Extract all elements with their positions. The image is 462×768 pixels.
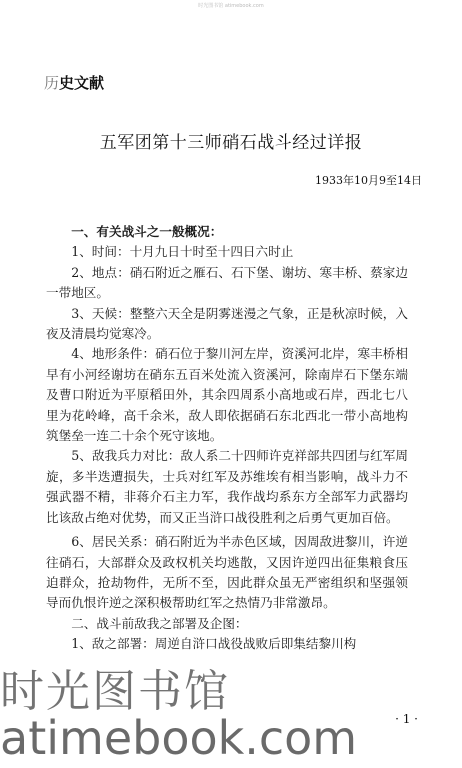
paragraph-residents: 6、居民关系：硝石附近为半赤色区域，因周敌进黎川，许逆往硝石，大部群众及政权机关… <box>46 532 408 614</box>
paragraph-weather: 3、天候：整整六天全是阴雾迷漫之气象，正是秋凉时候，入夜及清晨均觉寒冷。 <box>46 304 408 345</box>
paragraph-time: 1、时间：十月九日十时至十四日六时止 <box>46 242 408 262</box>
page-number: · 1 · <box>395 712 418 726</box>
section-label-rest: 史文献 <box>59 74 104 92</box>
watermark-url: atimebook.com <box>0 712 357 764</box>
paragraph-section-2-heading: 二、战斗前敌我之部署及企图： <box>46 614 408 634</box>
document-title: 五军团第十三师硝石战斗经过详报 <box>0 128 462 153</box>
paragraph-enemy-deployment: 1、敌之部署：周逆自浒口战役战败后即集结黎川构 <box>46 634 408 654</box>
paragraph-location: 2、地点：硝石附近之雁石、石下堡、谢坊、寒丰桥、蔡家边一带地区。 <box>46 263 408 304</box>
section-label-first-char: 历 <box>44 74 59 92</box>
paragraph-section-1-heading: 一、有关战斗之一般概况： <box>46 222 408 242</box>
watermark-chinese: 时光图书馆 <box>0 668 230 716</box>
paragraph-force-comparison: 5、敌我兵力对比：敌人系二十四师许克祥部共四团与红军周旋，多半迭遭损失，士兵对红… <box>46 446 408 528</box>
site-watermark-header: 时光图书馆 atimebook.com <box>0 2 462 9</box>
section-label: 历史文献 <box>44 72 104 93</box>
document-body: 一、有关战斗之一般概况： 1、时间：十月九日十时至十四日六时止 2、地点：硝石附… <box>46 222 408 655</box>
document-date: 1933年10月9至14日 <box>315 172 422 188</box>
paragraph-terrain: 4、地形条件：硝石位于黎川河左岸，资溪河北岸，寒丰桥相早有小河经谢坊在硝东五百米… <box>46 344 408 446</box>
